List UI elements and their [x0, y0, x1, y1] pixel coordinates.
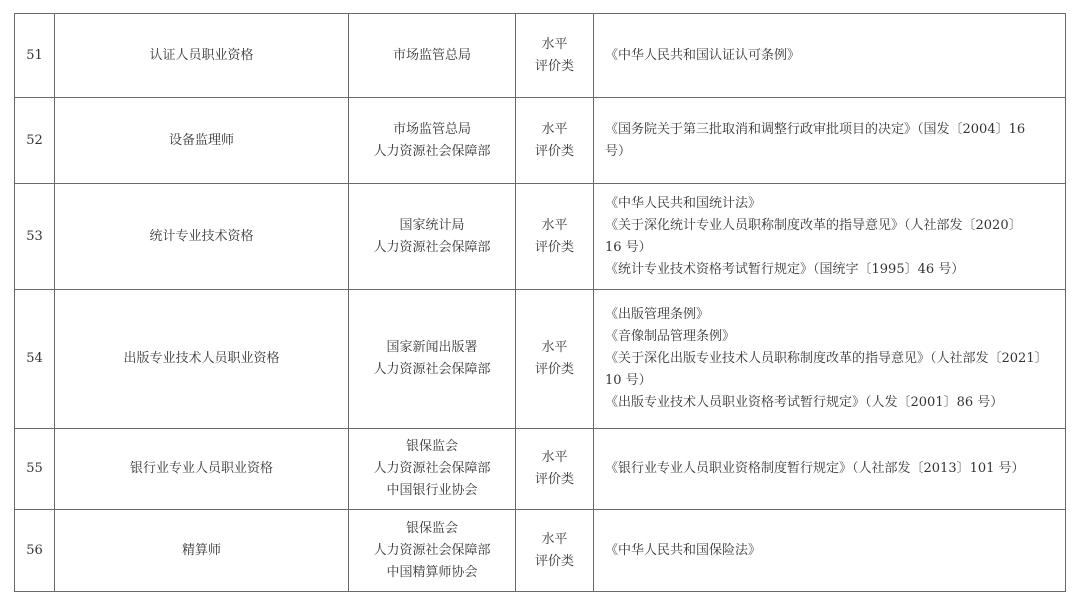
type-cell: 水平 评价类	[516, 184, 594, 290]
department: 中国银行业协会	[349, 480, 515, 502]
department-cell: 银保监会 人力资源社会保障部 中国精算师协会	[349, 510, 516, 592]
type-cell: 水平 评价类	[516, 290, 594, 429]
department: 中国精算师协会	[349, 562, 515, 584]
row-number: 51	[15, 14, 55, 98]
department: 人力资源社会保障部	[349, 237, 515, 259]
type-line: 水平	[516, 529, 593, 551]
basis-line: 16 号）	[605, 237, 1057, 259]
type-line: 水平	[516, 215, 593, 237]
qualification-name: 认证人员职业资格	[55, 14, 349, 98]
basis-line: 《中华人民共和国认证认可条例》	[605, 45, 1057, 67]
type-line: 水平	[516, 447, 593, 469]
type-line: 水平	[516, 119, 593, 141]
type-cell: 水平 评价类	[516, 429, 594, 510]
type-cell: 水平 评价类	[516, 14, 594, 98]
basis-cell: 《中华人民共和国认证认可条例》	[594, 14, 1066, 98]
basis-line: 《统计专业技术资格考试暂行规定》（国统字〔1995〕46 号）	[605, 259, 1057, 281]
department: 银保监会	[349, 436, 515, 458]
basis-line: 《关于深化出版专业技术人员职称制度改革的指导意见》（人社部发〔2021〕	[605, 348, 1057, 370]
type-line: 评价类	[516, 359, 593, 381]
basis-line: 《出版专业技术人员职业资格考试暂行规定》（人发〔2001〕86 号）	[605, 392, 1057, 414]
basis-line: 《中华人民共和国保险法》	[605, 540, 1057, 562]
basis-line: 号）	[605, 141, 1057, 163]
row-number: 56	[15, 510, 55, 592]
qualification-name: 银行业专业人员职业资格	[55, 429, 349, 510]
table-row: 56 精算师 银保监会 人力资源社会保障部 中国精算师协会 水平 评价类 《中华…	[15, 510, 1066, 592]
row-number: 52	[15, 98, 55, 184]
type-line: 评价类	[516, 237, 593, 259]
department-cell: 市场监管总局	[349, 14, 516, 98]
qualification-name: 精算师	[55, 510, 349, 592]
type-cell: 水平 评价类	[516, 510, 594, 592]
type-line: 水平	[516, 34, 593, 56]
qualification-name: 设备监理师	[55, 98, 349, 184]
department: 人力资源社会保障部	[349, 540, 515, 562]
basis-cell: 《中华人民共和国统计法》 《关于深化统计专业人员职称制度改革的指导意见》（人社部…	[594, 184, 1066, 290]
table-row: 55 银行业专业人员职业资格 银保监会 人力资源社会保障部 中国银行业协会 水平…	[15, 429, 1066, 510]
department: 市场监管总局	[349, 45, 515, 67]
department-cell: 银保监会 人力资源社会保障部 中国银行业协会	[349, 429, 516, 510]
basis-cell: 《中华人民共和国保险法》	[594, 510, 1066, 592]
department: 人力资源社会保障部	[349, 458, 515, 480]
basis-line: 10 号）	[605, 370, 1057, 392]
basis-cell: 《出版管理条例》 《音像制品管理条例》 《关于深化出版专业技术人员职称制度改革的…	[594, 290, 1066, 429]
department: 人力资源社会保障部	[349, 141, 515, 163]
department: 市场监管总局	[349, 119, 515, 141]
department: 银保监会	[349, 518, 515, 540]
row-number: 54	[15, 290, 55, 429]
type-line: 评价类	[516, 551, 593, 573]
type-line: 评价类	[516, 469, 593, 491]
basis-line: 《中华人民共和国统计法》	[605, 193, 1057, 215]
type-line: 评价类	[516, 56, 593, 78]
table-row: 51 认证人员职业资格 市场监管总局 水平 评价类 《中华人民共和国认证认可条例…	[15, 14, 1066, 98]
basis-line: 《国务院关于第三批取消和调整行政审批项目的决定》（国发〔2004〕16	[605, 119, 1057, 141]
department: 人力资源社会保障部	[349, 359, 515, 381]
qualification-table: 51 认证人员职业资格 市场监管总局 水平 评价类 《中华人民共和国认证认可条例…	[14, 13, 1066, 592]
department: 国家新闻出版署	[349, 337, 515, 359]
qualification-name: 出版专业技术人员职业资格	[55, 290, 349, 429]
basis-cell: 《银行业专业人员职业资格制度暂行规定》（人社部发〔2013〕101 号）	[594, 429, 1066, 510]
row-number: 55	[15, 429, 55, 510]
type-line: 评价类	[516, 141, 593, 163]
table-row: 53 统计专业技术资格 国家统计局 人力资源社会保障部 水平 评价类 《中华人民…	[15, 184, 1066, 290]
table-row: 54 出版专业技术人员职业资格 国家新闻出版署 人力资源社会保障部 水平 评价类…	[15, 290, 1066, 429]
department-cell: 市场监管总局 人力资源社会保障部	[349, 98, 516, 184]
basis-line: 《银行业专业人员职业资格制度暂行规定》（人社部发〔2013〕101 号）	[605, 458, 1057, 480]
basis-cell: 《国务院关于第三批取消和调整行政审批项目的决定》（国发〔2004〕16 号）	[594, 98, 1066, 184]
department-cell: 国家统计局 人力资源社会保障部	[349, 184, 516, 290]
basis-line: 《音像制品管理条例》	[605, 326, 1057, 348]
type-line: 水平	[516, 337, 593, 359]
row-number: 53	[15, 184, 55, 290]
qualification-name: 统计专业技术资格	[55, 184, 349, 290]
basis-line: 《出版管理条例》	[605, 304, 1057, 326]
type-cell: 水平 评价类	[516, 98, 594, 184]
basis-line: 《关于深化统计专业人员职称制度改革的指导意见》（人社部发〔2020〕	[605, 215, 1057, 237]
table-row: 52 设备监理师 市场监管总局 人力资源社会保障部 水平 评价类 《国务院关于第…	[15, 98, 1066, 184]
department-cell: 国家新闻出版署 人力资源社会保障部	[349, 290, 516, 429]
department: 国家统计局	[349, 215, 515, 237]
